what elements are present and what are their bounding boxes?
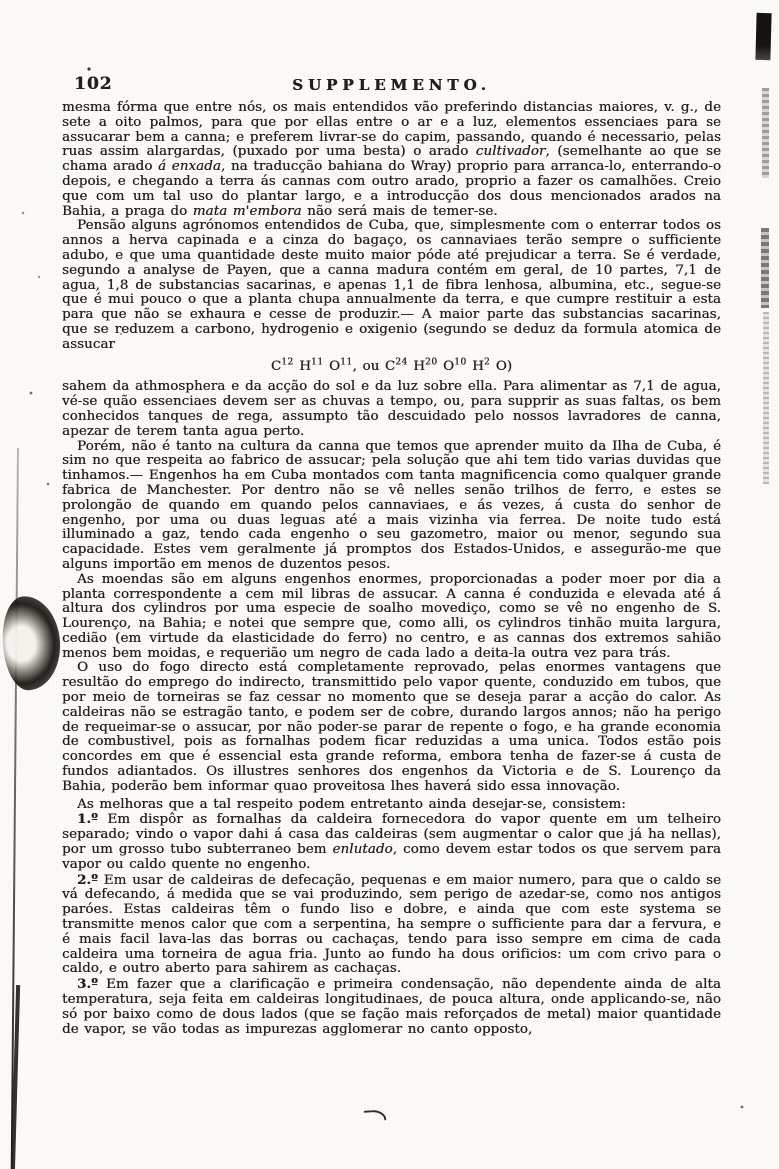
page-body: mesma fórma que entre nós, os mais enten… [62, 101, 721, 1037]
paragraph: 3.º Em fazer que a clarificação e primei… [62, 977, 721, 1037]
chemical-formula: C12 H11 O11, ou C24 H20 O10 H2 O) [62, 360, 721, 375]
spine-shadow-segment [763, 312, 769, 484]
paragraph: O uso do fogo directo está completamente… [62, 661, 721, 794]
binding-line-bottom [11, 985, 20, 1169]
paragraph: 2.º Em usar de caldeiras de defecação, p… [62, 873, 721, 978]
binding-line [11, 448, 19, 1169]
spine-shadow-top [755, 13, 771, 60]
header-title: SUPPLEMENTO. [62, 76, 721, 94]
paragraph: mesma fórma que entre nós, os mais enten… [62, 101, 721, 219]
paragraph: Pensão alguns agrónomos entendidos de Cu… [62, 219, 721, 352]
paragraph: As melhoras que a tal respeito podem ent… [62, 798, 721, 813]
scanned-book-page: 102 SUPPLEMENTO. mesma fórma que entre n… [0, 0, 779, 1169]
paragraph: 1.º Em dispôr as fornalhas da caldeira f… [62, 812, 721, 872]
paragraph: Porém, não é tanto na cultura da canna q… [62, 440, 721, 573]
ink-blob-stain [0, 594, 63, 692]
spine-shadow-segment [762, 88, 769, 178]
paragraph: As moendas são em alguns engenhos enorme… [62, 573, 721, 662]
catchword-mark [364, 1109, 387, 1122]
page-header: 102 SUPPLEMENTO. [62, 72, 721, 98]
paragraph: sahem da athmosphera e da acção do sol e… [62, 380, 721, 439]
ink-specks [0, 0, 2, 2]
spine-shadow-segment [761, 228, 769, 308]
